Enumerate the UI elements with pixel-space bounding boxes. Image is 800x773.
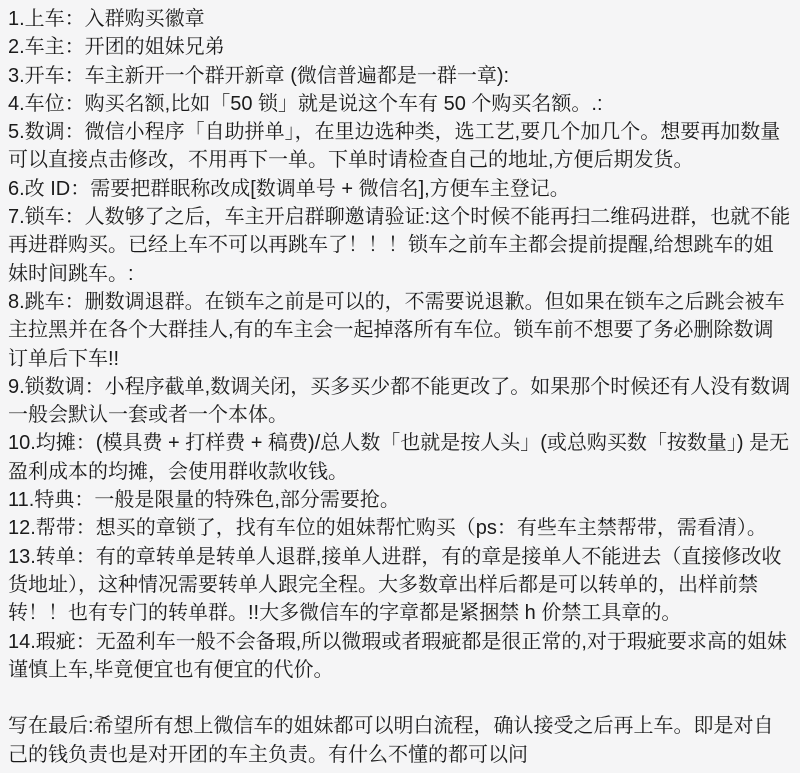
glossary-item-6: 6.改 ID：需要把群眠称改成[数调单号 + 微信名],方便车主登记。	[8, 175, 792, 203]
glossary-item-14: 14.瑕疵：无盈利车一般不会备瑕,所以微瑕或者瑕疵都是很正常的,对于瑕疵要求高的…	[8, 628, 792, 685]
glossary-item-12: 12.帮带：想买的章锁了，找有车位的姐妹帮忙购买（ps：有些车主禁帮带，需看清）…	[8, 514, 792, 542]
glossary-item-13: 13.转单：有的章转单是转单人退群,接单人进群，有的章是接单人不能进去（直接修改…	[8, 543, 792, 628]
glossary-item-10: 10.均摊：(模具费 + 打样费 + 稿费)/总人数「也就是按人头」(或总购买数…	[8, 429, 792, 486]
glossary-item-2: 2.车主：开团的姐妹兄弟	[8, 33, 792, 61]
glossary-item-8: 8.跳车：删数调退群。在锁车之前是可以的，不需要说退歉。但如果在锁车之后跳会被车…	[8, 288, 792, 373]
glossary-item-1: 1.上车：入群购买徽章	[8, 5, 792, 33]
glossary-item-5: 5.数调：微信小程序「自助拼单」，在里边选种类，选工艺,要几个加几个。想要再加数…	[8, 118, 792, 175]
glossary-note: 1.上车：入群购买徽章 2.车主：开团的姐妹兄弟 3.开车：车主新开一个群开新章…	[0, 0, 800, 773]
glossary-item-11: 11.特典：一般是限量的特殊色,部分需要抢。	[8, 486, 792, 514]
closing-note: 写在最后:希望所有想上微信车的姐妹都可以明白流程，确认接受之后再上车。即是对自己…	[8, 712, 792, 769]
glossary-item-3: 3.开车：车主新开一个群开新章 (微信普遍都是一群一章):	[8, 62, 792, 90]
glossary-item-7: 7.锁车：人数够了之后，车主开启群聊邀请验证:这个时候不能再扫二维码进群，也就不…	[8, 203, 792, 288]
glossary-item-4: 4.车位：购买名额,比如「50 锁」就是说这个车有 50 个购买名额。.:	[8, 90, 792, 118]
glossary-item-9: 9.锁数调：小程序截单,数调关闭，买多买少都不能更改了。如果那个时候还有人没有数…	[8, 373, 792, 430]
